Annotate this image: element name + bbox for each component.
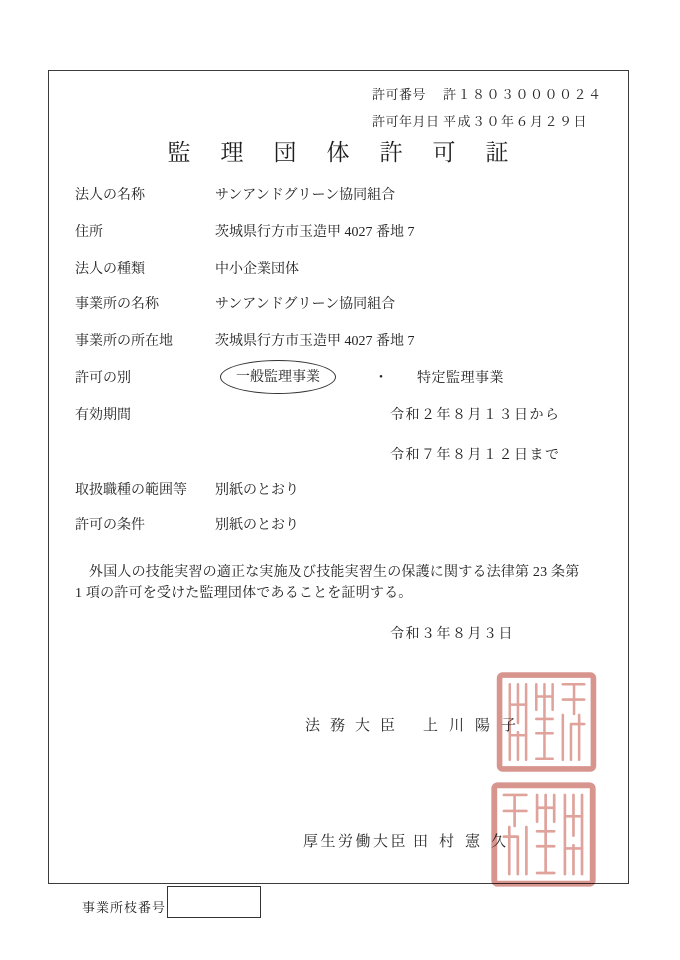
certificate-page: 許可番号許１８０３００００２４ 許可年月日平成３０年６月２９日 監理団体許可証 … (0, 0, 680, 960)
permit-number-label: 許可番号 (372, 84, 443, 103)
permit-category-unselected: 特定監理事業 (417, 367, 504, 387)
corp-type-value: 中小企業団体 (215, 258, 299, 278)
corp-name-value: サンアンドグリーン協同組合 (215, 184, 395, 204)
office-name-value: サンアンドグリーン協同組合 (215, 293, 395, 313)
permit-category-selected: 一般監理事業 (236, 370, 320, 385)
document-title: 監理団体許可証 (48, 134, 628, 167)
office-address-label: 事業所の所在地 (75, 330, 173, 350)
justice-minister-title: 法務大臣 (305, 714, 405, 735)
office-address-value: 茨城県行方市玉造甲 4027 番地 7 (215, 330, 415, 350)
permit-date-value: 平成３０年６月２９日 (443, 114, 588, 129)
corp-type-label: 法人の種類 (75, 258, 145, 278)
validity-from: 令和２年８月１３日から (390, 404, 561, 424)
health-labour-minister-seal-icon (490, 781, 597, 888)
branch-number-label: 事業所枝番号 (82, 897, 166, 916)
job-scope-value: 別紙のとおり (215, 479, 299, 499)
permit-date-row: 許可年月日平成３０年６月２９日 (372, 111, 588, 130)
justice-minister-seal-icon (495, 671, 598, 773)
permit-category-label: 許可の別 (75, 367, 131, 387)
office-name-label: 事業所の名称 (75, 293, 159, 313)
conditions-label: 許可の条件 (75, 514, 145, 534)
certification-date: 令和３年８月３日 (390, 623, 514, 643)
permit-category-selected-circle: 一般監理事業 (220, 360, 336, 394)
branch-number-box (167, 886, 261, 918)
address-label: 住所 (75, 221, 103, 241)
permit-date-label: 許可年月日 (372, 111, 443, 130)
address-value: 茨城県行方市玉造甲 4027 番地 7 (215, 221, 415, 241)
permit-number-value: 許１８０３００００２４ (443, 87, 603, 102)
conditions-value: 別紙のとおり (215, 514, 299, 534)
health-labour-minister-title: 厚生労働大臣 (303, 830, 408, 851)
job-scope-label: 取扱職種の範囲等 (75, 479, 187, 499)
validity-to: 令和７年８月１２日まで (390, 444, 561, 464)
corp-name-label: 法人の名称 (75, 184, 145, 204)
validity-label: 有効期間 (75, 404, 131, 424)
permit-number-row: 許可番号許１８０３００００２４ (372, 84, 603, 103)
permit-category-separator: ・ (374, 367, 388, 387)
certification-statement: 外国人の技能実習の適正な実施及び技能実習生の保護に関する法律第 23 条第 1 … (75, 563, 581, 604)
